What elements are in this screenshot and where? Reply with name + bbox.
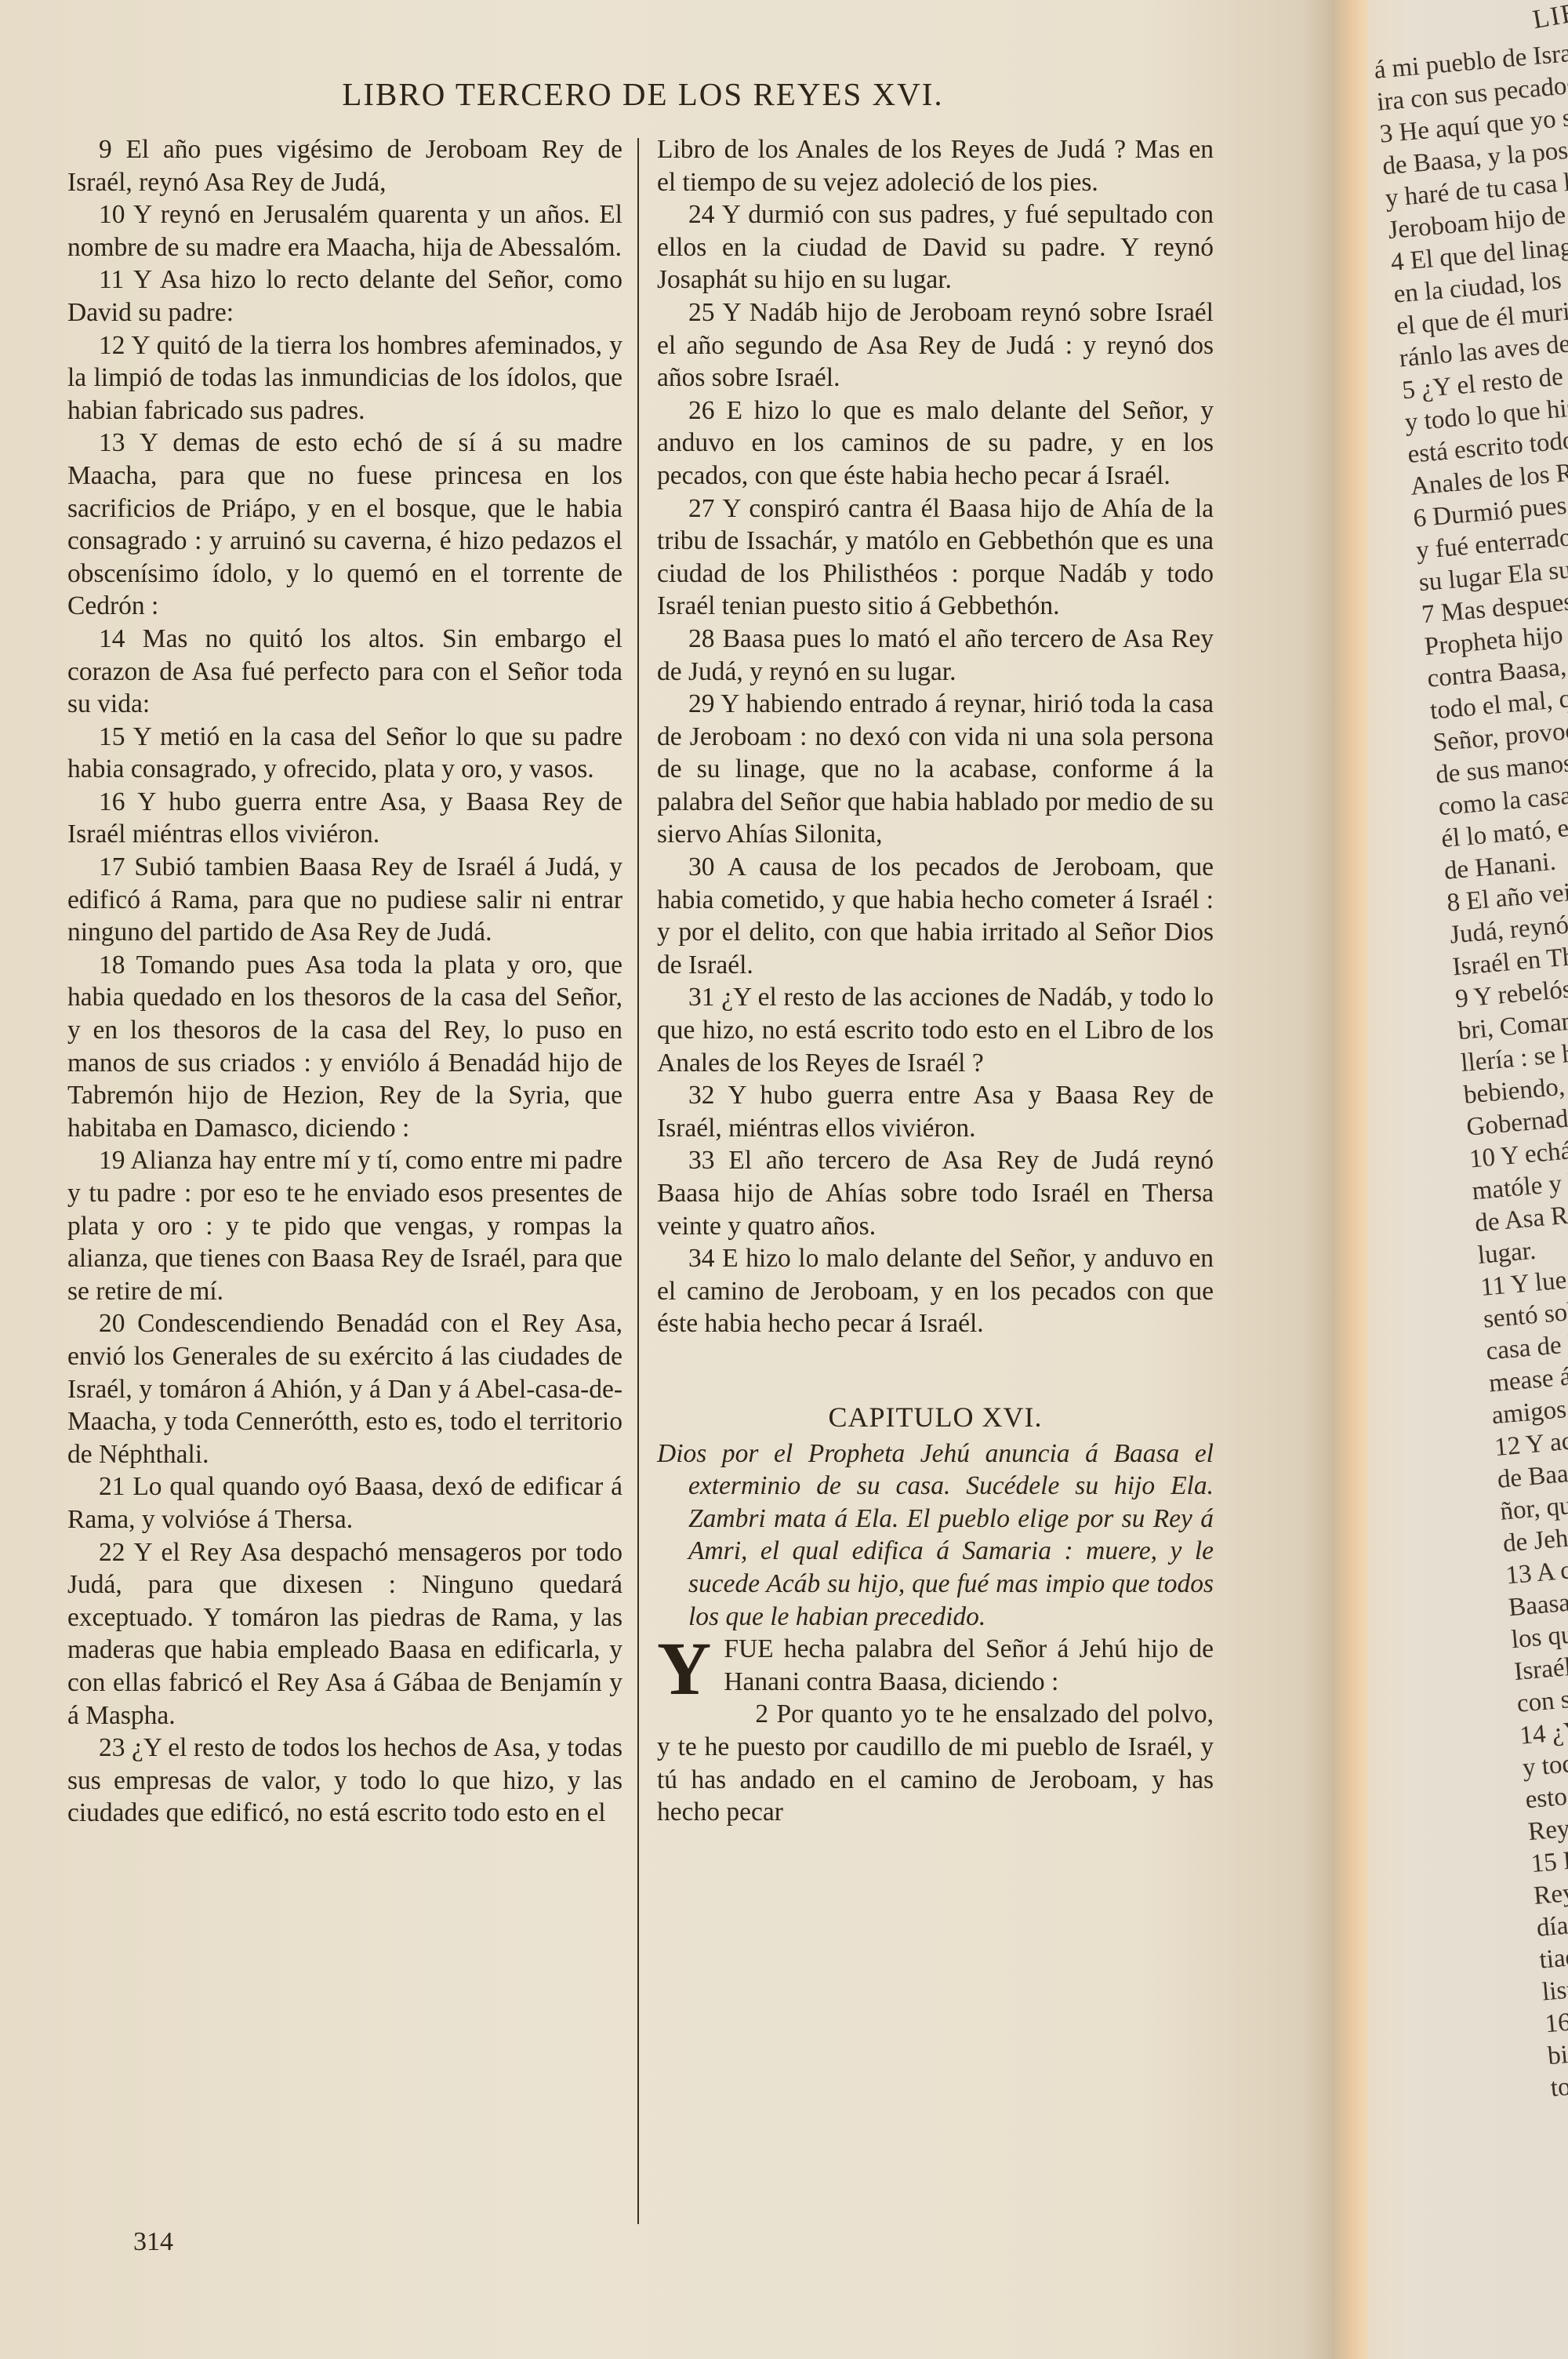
verse-number: 12	[99, 331, 125, 360]
verse: 21 Lo qual quando oyó Baasa, dexó de edi…	[67, 1470, 622, 1536]
verse-text: Por quanto yo te he ensalzado del polvo,…	[657, 1699, 1214, 1826]
chapter-title: CAPITULO XVI.	[657, 1401, 1214, 1434]
verse-text: Y hubo guerra entre Asa, y Baasa Rey de …	[67, 787, 622, 849]
verse: 15 Y metió en la casa del Señor lo que s…	[67, 721, 622, 786]
verse: 17 Subió tambien Baasa Rey de Israél á J…	[67, 851, 622, 949]
verse-text: Y quitó de la tierra los hombres afemina…	[67, 331, 622, 425]
chapter-first-verse: Y FUE hecha palabra del Señor á Jehú hij…	[657, 1633, 1214, 1698]
verse-text: ¿Y el resto de las acciones de Nadáb, y …	[657, 983, 1214, 1077]
verse: 22 Y el Rey Asa despachó mensageros por …	[67, 1536, 622, 1732]
verse-text: Baasa pues lo mató el año tercero de Asa…	[657, 624, 1214, 686]
verse: 30 A causa de los pecados de Jeroboam, q…	[657, 851, 1214, 981]
verse-text: ¿Y el resto de todos los hechos de Asa, …	[67, 1733, 622, 1827]
verse-number: 14	[99, 624, 125, 653]
verse-text: Y habiendo entrado á reynar, hirió toda …	[657, 689, 1214, 849]
verse: 29 Y habiendo entrado á reynar, hirió to…	[657, 688, 1214, 851]
first-verse-text: FUE hecha palabra del Señor á Jehú hijo …	[724, 1634, 1214, 1696]
verse-number: 21	[99, 1472, 125, 1501]
verse: 25 Y Nadáb hijo de Jeroboam reynó sobre …	[657, 296, 1214, 394]
verse: 16 Y hubo guerra entre Asa, y Baasa Rey …	[67, 786, 622, 851]
verse-number: 24	[688, 200, 715, 229]
verse-number: 13	[99, 428, 125, 457]
page-number: 314	[133, 2227, 173, 2257]
verse-text: Alianza hay entre mí y tí, como entre mi…	[67, 1146, 622, 1305]
verse: 2 Por quanto yo te he ensalzado del polv…	[657, 1698, 1214, 1828]
verse: 23 ¿Y el resto de todos los hechos de As…	[67, 1732, 622, 1830]
verse: 20 Condescendiendo Benadád con el Rey As…	[67, 1307, 622, 1470]
verse-text: Condescendiendo Benadád con el Rey Asa, …	[67, 1309, 622, 1468]
verse: 33 El año tercero de Asa Rey de Judá rey…	[657, 1144, 1214, 1242]
verse-text: E hizo lo malo delante del Señor, y andu…	[657, 1244, 1214, 1338]
verse: 18 Tomando pues Asa toda la plata y oro,…	[67, 949, 622, 1145]
chapter-summary: Dios por el Propheta Jehú anuncia á Baas…	[657, 1438, 1214, 1634]
verse-text: Subió tambien Baasa Rey de Israél á Judá…	[67, 852, 622, 947]
verse: 28 Baasa pues lo mató el año tercero de …	[657, 623, 1214, 688]
verse-number: 27	[688, 494, 715, 523]
chapter-verses: 2 Por quanto yo te he ensalzado del polv…	[657, 1698, 1214, 1828]
verse-number: 26	[688, 396, 715, 425]
verse-number: 18	[99, 951, 125, 980]
verse-number: 17	[99, 852, 125, 881]
verse-text: El año pues vigésimo de Jeroboam Rey de …	[67, 135, 622, 197]
verse: 19 Alianza hay entre mí y tí, como entre…	[67, 1144, 622, 1307]
verse-text: Tomando pues Asa toda la plata y oro, qu…	[67, 951, 622, 1143]
verse-number: 19	[99, 1146, 125, 1175]
verse-number: 32	[688, 1081, 715, 1110]
verse-number: 34	[688, 1244, 715, 1273]
verse-number: 31	[688, 983, 715, 1012]
verse: 32 Y hubo guerra entre Asa y Baasa Rey d…	[657, 1079, 1214, 1144]
column-divider	[637, 138, 639, 2224]
verse-number: 25	[688, 298, 715, 327]
verse: 14 Mas no quitó los altos. Sin embargo e…	[67, 623, 622, 721]
verse: 34 E hizo lo malo delante del Señor, y a…	[657, 1242, 1214, 1340]
verse-text: Y hubo guerra entre Asa y Baasa Rey de I…	[657, 1081, 1214, 1143]
drop-cap: Y	[657, 1637, 711, 1700]
verse-text: E hizo lo que es malo delante del Señor,…	[657, 396, 1214, 490]
facing-page-text: á mi pueblo de Israél, pira con sus peca…	[1373, 20, 1568, 2105]
verse: 9 El año pues vigésimo de Jeroboam Rey d…	[67, 133, 622, 198]
right-column: Libro de los Anales de los Reyes de Judá…	[657, 133, 1214, 1829]
verse-number: 11	[99, 265, 124, 294]
verse: 31 ¿Y el resto de las acciones de Nadáb,…	[657, 981, 1214, 1079]
running-head: LIBRO TERCERO DE LOS REYES XVI.	[0, 75, 1286, 113]
verse-number: 10	[99, 200, 125, 229]
verse: 12 Y quitó de la tierra los hombres afem…	[67, 329, 622, 427]
verse-text: Y conspiró cantra él Baasa hijo de Ahía …	[657, 494, 1214, 621]
verse-text: Lo qual quando oyó Baasa, dexó de edific…	[67, 1472, 622, 1534]
verse-number: 2	[755, 1699, 768, 1728]
verse: 26 E hizo lo que es malo delante del Señ…	[657, 394, 1214, 493]
verse: 13 Y demas de esto echó de sí á su madre…	[67, 427, 622, 623]
verse: 27 Y conspiró cantra él Baasa hijo de Ah…	[657, 493, 1214, 623]
verse: 11 Y Asa hizo lo recto delante del Señor…	[67, 264, 622, 329]
verse-number: 23	[99, 1733, 125, 1762]
verse-number: 15	[99, 722, 125, 751]
verse-number: 20	[99, 1309, 125, 1338]
verse-text: Y reynó en Jerusalém quarenta y un años.…	[67, 200, 622, 262]
verse: 24 Y durmió con sus padres, y fué sepult…	[657, 198, 1214, 296]
verse-number: 29	[688, 689, 715, 718]
verse-number: 22	[99, 1538, 125, 1567]
verse-text: A causa de los pecados de Jeroboam, que …	[657, 852, 1214, 980]
verse: 10 Y reynó en Jerusalém quarenta y un añ…	[67, 198, 622, 264]
verse-text: Mas no quitó los altos. Sin embargo el c…	[67, 624, 622, 718]
verse-text: Y Asa hizo lo recto delante del Señor, c…	[67, 265, 622, 327]
verse-number: 16	[99, 787, 125, 816]
chapter-gap	[657, 1340, 1214, 1401]
book-page-right-facing: LIBR á mi pueblo de Israél, pira con sus…	[1368, 0, 1568, 2359]
verse-text: Y el Rey Asa despachó mensageros por tod…	[67, 1538, 622, 1730]
continuation-text: Libro de los Anales de los Reyes de Judá…	[657, 133, 1214, 198]
right-verses: 24 Y durmió con sus padres, y fué sepult…	[657, 198, 1214, 1340]
verse-text: Y Nadáb hijo de Jeroboam reynó sobre Isr…	[657, 298, 1214, 392]
facing-running-head: LIBR	[1530, 0, 1568, 35]
verse-number: 30	[688, 852, 715, 881]
verse-number: 9	[99, 135, 112, 164]
verse-text: Y metió en la casa del Señor lo que su p…	[67, 722, 622, 784]
verse-number: 28	[688, 624, 715, 653]
verse-text: Y demas de esto echó de sí á su madre Ma…	[67, 428, 622, 620]
verse-text: Y durmió con sus padres, y fué sepultado…	[657, 200, 1214, 294]
left-column: 9 El año pues vigésimo de Jeroboam Rey d…	[67, 133, 622, 1830]
verse-text: El año tercero de Asa Rey de Judá reynó …	[657, 1146, 1214, 1240]
verse-number: 33	[688, 1146, 715, 1175]
